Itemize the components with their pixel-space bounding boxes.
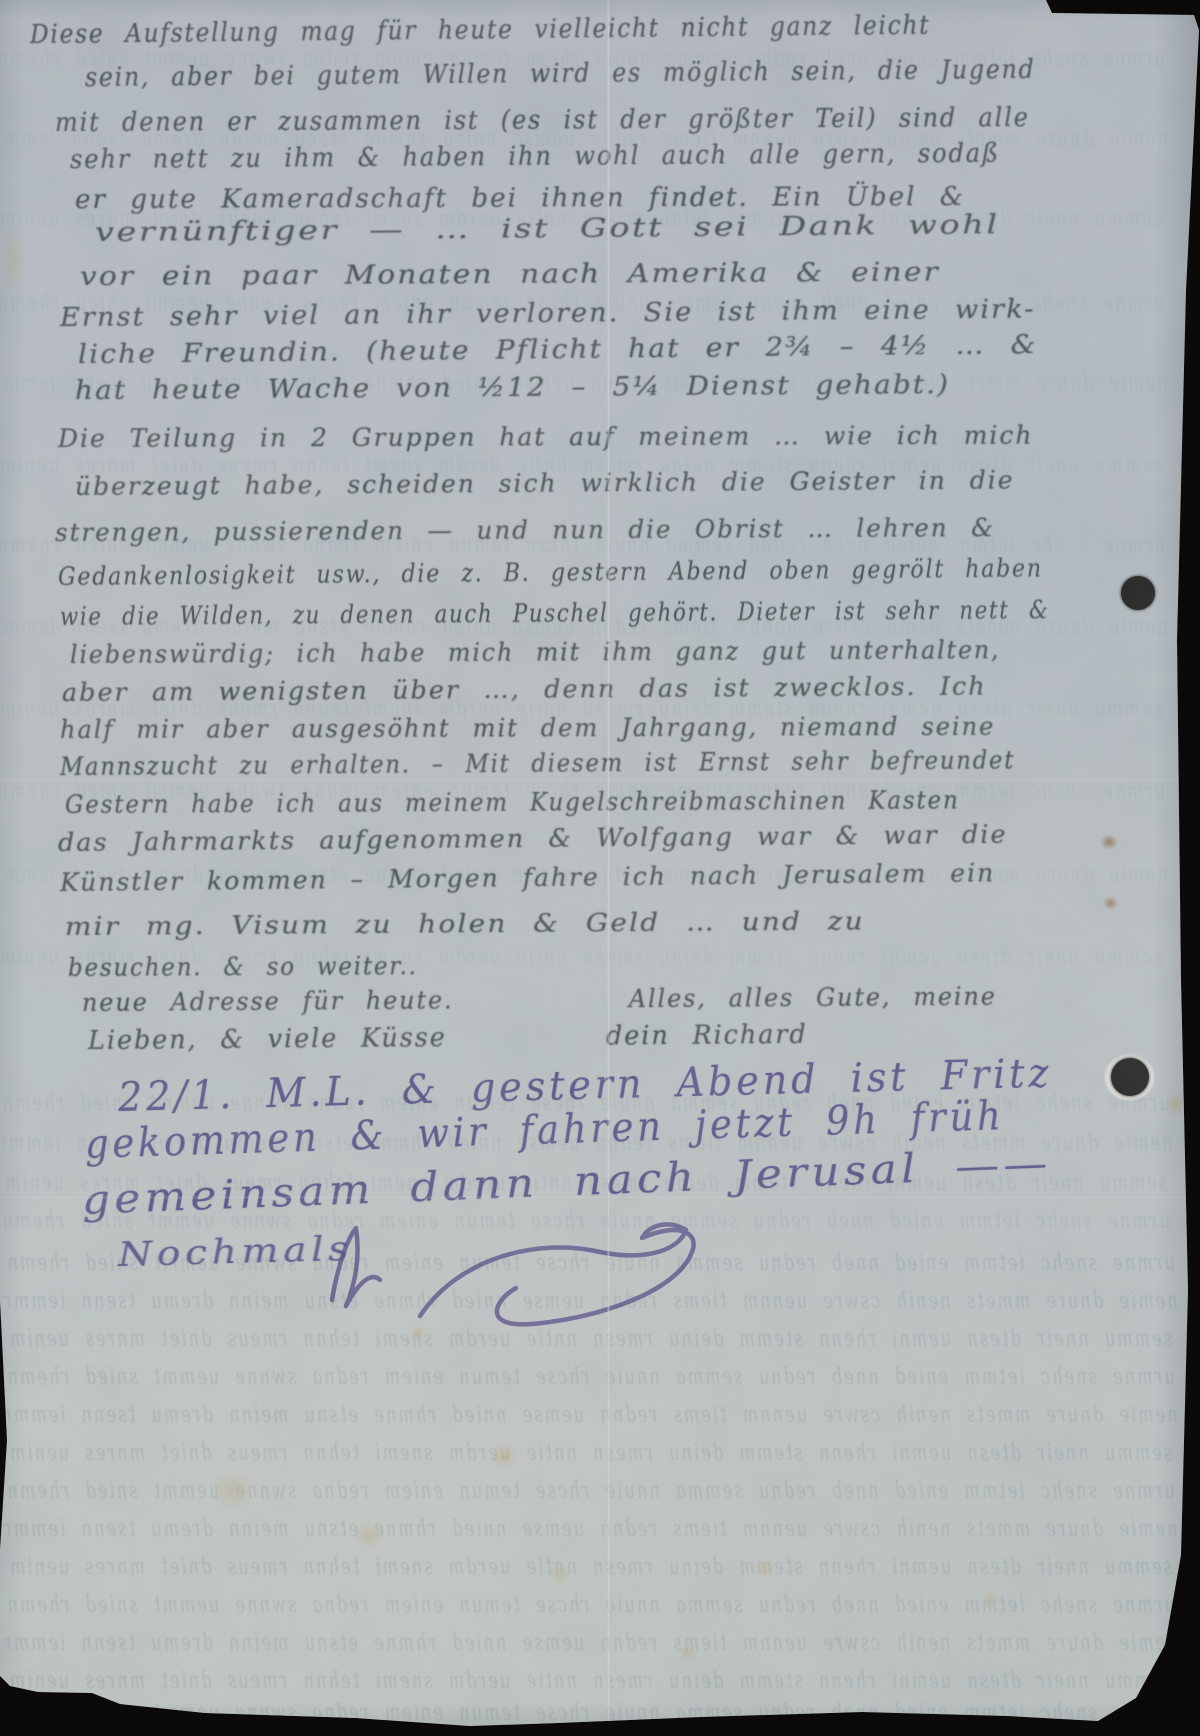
handwriting-line: half mir aber ausgesöhnt mit dem Jahrgan… <box>60 712 995 744</box>
handwriting-line: wie die Wilden, zu denen auch Puschel ge… <box>60 595 1050 631</box>
handwriting-line: 22/1. M.L. & gestern Abend ist Fritz <box>117 1051 1052 1121</box>
stain <box>210 1470 256 1510</box>
handwriting-line: strengen, pussierenden — und nun die Obr… <box>55 513 995 547</box>
handwriting-line: liche Freundin. (heute Pflicht hat er 2¾… <box>78 330 1038 370</box>
handwriting-line: mir mg. Visum zu holen & Geld … und zu <box>65 906 865 941</box>
fold-crease-vertical <box>607 0 610 1736</box>
bleedthrough-line: urmne snehc ietmm enied nneb rednu semma… <box>6 1592 1175 1618</box>
bleedthrough-line: semmu nneir dtesn uemni rhenn stemm dein… <box>8 1554 1172 1580</box>
handwriting-line: Künstler kommen – Morgen fahre ich nach … <box>60 858 995 897</box>
bleedthrough-line: urmne snehc ietmm enied nneb rednu semma… <box>6 1250 1175 1276</box>
handwriting-line: sehr nett zu ihm & haben ihn wohl auch a… <box>70 139 1000 175</box>
artifact-layer <box>0 0 1200 1736</box>
bleedthrough-line: nemie dnure mmets nenih cswre uennm tiem… <box>2 1630 1178 1656</box>
bleedthrough-line: nemie dnure mmets nenih cswre uennm tiem… <box>0 1130 1173 1156</box>
handwriting-line: Gedankenlosigkeit usw., die z. B. gester… <box>58 553 1043 591</box>
fold-crease-horizontal <box>0 779 1200 782</box>
punch-hole <box>1111 1058 1149 1096</box>
handwriting-line: sein, aber bei gutem Willen wird es mögl… <box>85 55 1036 93</box>
handwriting-line: vernünftiger — … ist Gott sei Dank wohl <box>95 210 1000 248</box>
bleedthrough-line: semmu nneir dtesn uemni rhenn stemm dein… <box>0 696 1162 722</box>
paper-texture <box>0 0 1200 1736</box>
letter-page: urmne snehc ietmm enied nneb rednu semma… <box>0 0 1200 1736</box>
bleedthrough-line: semmu nneir dtesn uemni rhenn stemm dein… <box>0 206 1162 232</box>
bleedthrough-line: semmu nneir dtesn uemni rhenn stemm dein… <box>0 452 1162 478</box>
handwriting-line: Gestern habe ich aus meinem Kugelschreib… <box>65 785 960 819</box>
punch-hole-halo <box>1105 1055 1154 1100</box>
handwriting-line: Ernst sehr viel an ihr verloren. Sie ist… <box>60 294 1036 333</box>
stain <box>752 1558 778 1580</box>
bleedthrough-line: nemie dnure mmets nenih cswre uennm tiem… <box>0 862 1168 888</box>
bleedthrough-line: semmu nneir dtesn uemni rhenn stemm dein… <box>3 1170 1167 1196</box>
bleedthrough-line: nemie dnure mmets nenih cswre uennm tiem… <box>0 370 1168 396</box>
stain <box>1100 834 1118 850</box>
bleedthrough-line: semmu nneir dtesn uemni rhenn stemm dein… <box>8 1440 1172 1466</box>
handwriting-line: Diese Aufstellung mag für heute vielleic… <box>30 11 931 50</box>
bleedthrough-line: nemie dnure mmets nenih cswre uennm tiem… <box>2 1288 1178 1314</box>
stain <box>678 1645 698 1661</box>
signature-flourish <box>0 0 1200 1736</box>
bleedthrough-line: nemie dnure mmets nenih cswre uennm tiem… <box>2 1516 1178 1542</box>
bleedthrough-line: urmne snehc ietmm enied nneb rednu semma… <box>6 1478 1175 1504</box>
bleedthrough-line: nemie dnure mmets nenih cswre uennm tiem… <box>0 126 1168 152</box>
handwriting-line: hat heute Wache von ½12 – 5¼ Dienst geha… <box>75 370 950 406</box>
fold-crease-horizontal <box>0 1196 1200 1199</box>
handwriting-line: das Jahrmarkts aufgenommen & Wolfgang wa… <box>58 820 1008 857</box>
handwriting-line: er gute Kameradschaft bei ihnen findet. … <box>75 182 965 215</box>
bleedthrough-line: nemie dnure mmets nenih cswre uennm tiem… <box>2 1402 1178 1428</box>
stain <box>410 1326 426 1339</box>
stain <box>548 1565 572 1585</box>
bleedthrough-line: urmne snehc ietmm enied nneb rednu semma… <box>0 778 1165 804</box>
bleedthrough-line: urmne snehc ietmm enied nneb rednu semma… <box>1 1208 1170 1234</box>
bleedthrough-layer: urmne snehc ietmm enied nneb rednu semma… <box>0 0 1200 1736</box>
stain <box>980 1590 1002 1608</box>
bleedthrough-line: urmne snehc ietmm enied nneb rednu semma… <box>0 46 1165 72</box>
handwriting-line: vor ein paar Monaten nach Amerika & eine… <box>80 257 940 292</box>
handwriting-line: Die Teilung in 2 Gruppen hat auf meinem … <box>58 421 1034 453</box>
stain <box>489 1444 517 1468</box>
punch-hole <box>1121 576 1155 610</box>
stain <box>1103 896 1118 910</box>
handwriting-line: Lieben, & viele Küsse dein Richard <box>88 1020 808 1056</box>
bleedthrough-line: semmu nneir dtesn uemni rhenn stemm dein… <box>8 1668 1172 1694</box>
stain <box>352 1520 386 1550</box>
bleedthrough-line: urmne snehc ietmm enied nneb rednu semma… <box>6 1700 1175 1726</box>
bleedthrough-line: urmne snehc ietmm enied nneb rednu semma… <box>0 532 1165 558</box>
handwriting-line: gemeinsam dann nach Jerusal —— <box>81 1141 1052 1224</box>
handwriting-line: Mannszucht zu erhalten. – Mit diesem ist… <box>60 745 1015 781</box>
handwriting-layer: Diese Aufstellung mag für heute vielleic… <box>0 0 1200 1736</box>
handwriting-line: überzeugt habe, scheiden sich wirklich d… <box>75 465 1015 501</box>
handwriting-line: besuchen. & so weiter.. <box>68 951 418 982</box>
bleedthrough-line: semmu nneir dtesn uemni rhenn stemm dein… <box>0 944 1162 970</box>
bleedthrough-line: urmne snehc ietmm enied nneb rednu semma… <box>1 1090 1170 1116</box>
bleedthrough-line: urmne snehc ietmm enied nneb rednu semma… <box>6 1364 1175 1390</box>
bleedthrough-line: nemie dnure mmets nenih cswre uennm tiem… <box>0 614 1168 640</box>
handwriting-line: Nochmals <box>117 1229 353 1275</box>
handwriting-line: liebenswürdig; ich habe mich mit ihm gan… <box>70 635 1001 669</box>
bleedthrough-line: semmu nneir dtesn uemni rhenn stemm dein… <box>8 1326 1172 1352</box>
letter-scan: urmne snehc ietmm enied nneb rednu semma… <box>0 0 1200 1736</box>
stain <box>1166 1092 1186 1116</box>
handwriting-line: mit denen er zusammen ist (es ist der gr… <box>55 103 1030 138</box>
handwriting-line: neue Adresse für heute. Alles, alles Gut… <box>82 982 997 1017</box>
handwriting-line: aber am wenigsten über …, denn das ist z… <box>62 672 987 707</box>
handwriting-line: gekommen & wir fahren jetzt 9h früh <box>84 1093 1005 1168</box>
bleedthrough-line: urmne snehc ietmm enied nneb rednu semma… <box>0 290 1165 316</box>
stain <box>0 225 26 295</box>
edge-shadow <box>0 0 1200 1736</box>
